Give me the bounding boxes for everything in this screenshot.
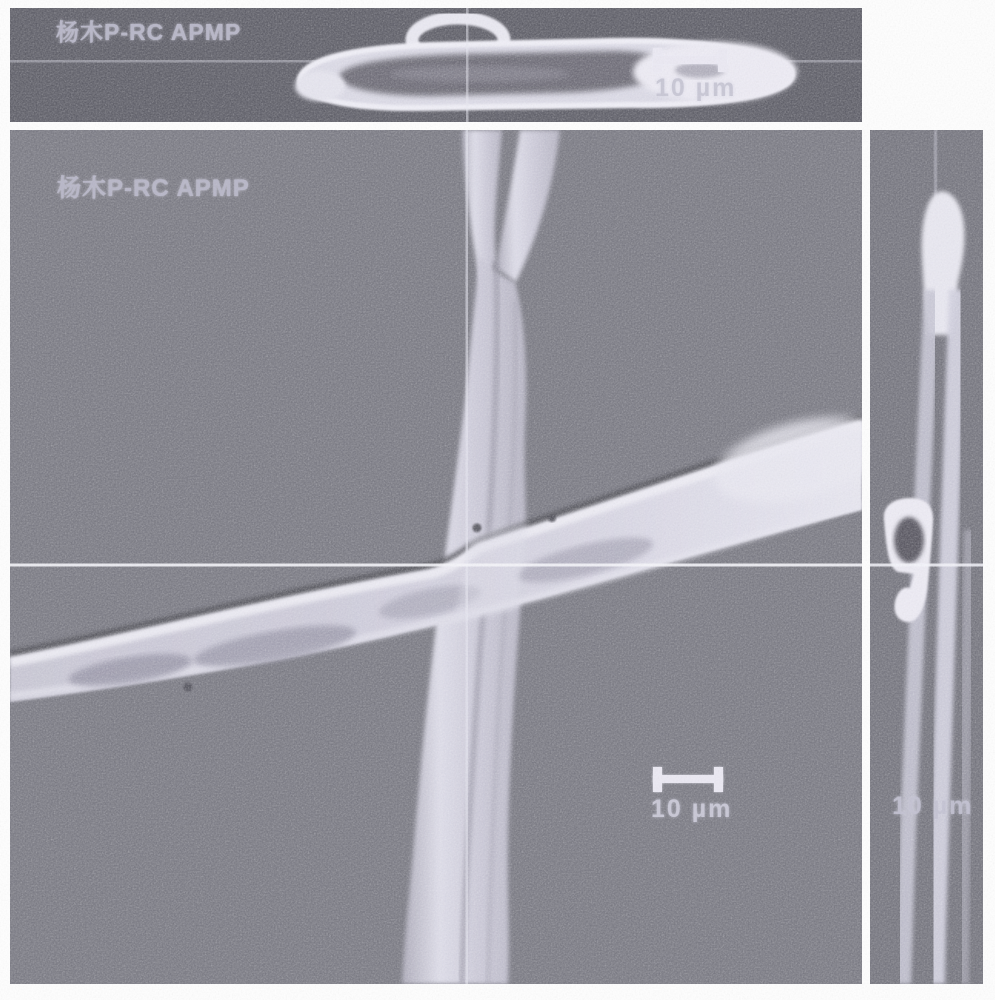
scale-bar	[653, 767, 723, 792]
micrograph-label: 杨木P-RC APMP	[57, 168, 250, 203]
film-grain-overlay	[870, 130, 983, 984]
scanned-figure-page: 杨木P-RC APMP 10 µm	[0, 0, 995, 1000]
main-panel-artwork	[10, 130, 862, 984]
scale-bar-label: 10 µm	[655, 74, 736, 103]
panel-fiber-side-right: 10 µm	[870, 130, 983, 984]
panel-crossed-fibers-main: 杨木P-RC APMP 10 µm	[10, 130, 862, 984]
scale-bar-line	[653, 56, 727, 64]
scale-bar-right-cap	[714, 767, 723, 792]
scale-bar-label: 10 µm	[892, 792, 973, 821]
scale-bar-line	[653, 775, 723, 783]
film-grain-overlay	[10, 130, 862, 984]
micrograph-label: 杨木P-RC APMP	[56, 14, 241, 47]
panel-fiber-cross-section-top: 杨木P-RC APMP 10 µm	[10, 8, 862, 122]
right-panel-artwork	[870, 130, 983, 984]
scale-bar-right-cap	[718, 48, 727, 72]
scale-bar	[653, 48, 727, 72]
scale-bar-label: 10 µm	[651, 795, 732, 824]
